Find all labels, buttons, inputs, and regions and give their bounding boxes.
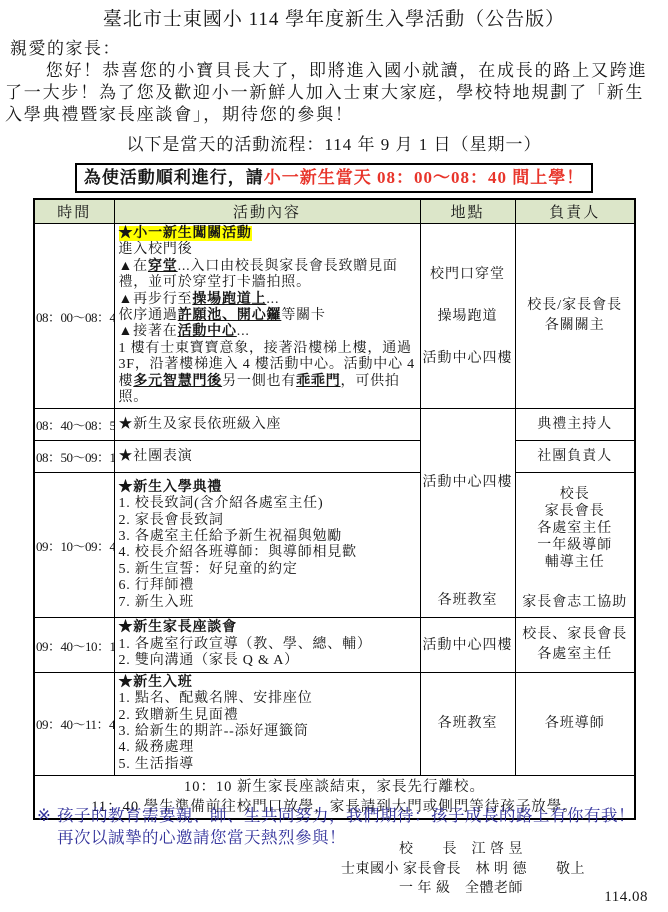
schedule-heading: 以下是當天的活動流程：114 年 9 月 1 日（星期一） [0, 134, 668, 156]
person-cell: 社團負責人 [515, 441, 635, 473]
schedule-table: 時間 活動內容 地點 負責人 08：00～08：40 ★小一新生闖關活動進入校門… [33, 198, 636, 820]
activity-cell: ★新生及家長依班級入座 [114, 409, 420, 441]
time-cell: 09：10～09：40 [34, 473, 114, 618]
location-top: 活動中心四樓 [422, 474, 514, 491]
header-person: 負責人 [515, 199, 635, 224]
greeting-line: 親愛的家長： [10, 38, 668, 60]
table-row: 09：40～10：10 ★新生家長座談會1. 各處室行政宣導（教、學、總、輔）2… [34, 618, 635, 672]
activity-cell: ★新生家長座談會1. 各處室行政宣導（教、學、總、輔）2. 雙向溝通（家長 Q … [114, 618, 420, 672]
reference-mark: ※ [37, 805, 57, 827]
time-cell: 08：40～08：50 [34, 409, 114, 441]
time-cell: 08：50～09：10 [34, 441, 114, 473]
notice-text-black: 為使活動順利進行，請 [84, 168, 264, 187]
doc-date: 114.08 [604, 889, 648, 906]
activity-cell: ★新生入學典禮1. 校長致詞(含介紹各處室主任)2. 家長會長致詞3. 各處室主… [114, 473, 420, 618]
person-bottom: 家長會志工協助 [517, 594, 634, 615]
person-cell: 各班導師 [515, 672, 635, 775]
header-location: 地點 [420, 199, 515, 224]
location-cell: 各班教室 [420, 672, 515, 775]
person-cell: 校長/家長會長各關關主 [515, 224, 635, 409]
document-page: 臺北市士東國小 114 學年度新生入學活動（公告版） 親愛的家長： 您好！恭喜您… [0, 0, 668, 912]
table-row: 08：00～08：40 ★小一新生闖關活動進入校門後▲在穿堂...入口由校長與家… [34, 224, 635, 409]
location-cell: 校門口穿堂操場跑道活動中心四樓 [420, 224, 515, 409]
time-cell: 09：40～10：10 [34, 618, 114, 672]
person-cell: 校長家長會長各處室主任一年級導師輔導主任 家長會志工協助 [515, 473, 635, 618]
activity-cell: ★新生入班1. 點名、配戴名牌、安排座位2. 致贈新生見面禮3. 給新生的期許-… [114, 672, 420, 775]
signature-block: 校 長 江 啓 昱士東國小 家長會長 林 明 德 敬上 一 年 級 全體老師 [341, 840, 585, 899]
notice-wrap: 為使活動順利進行，請小一新生當天 08：00～08：40 間上學！ [0, 163, 668, 193]
table-row: 09：10～09：40 ★新生入學典禮1. 校長致詞(含介紹各處室主任)2. 家… [34, 473, 635, 618]
activity-cell: ★小一新生闖關活動進入校門後▲在穿堂...入口由校長與家長會長致贈見面禮，並可於… [114, 224, 420, 409]
location-cell: 活動中心四樓 [420, 618, 515, 672]
activity-cell: ★社團表演 [114, 441, 420, 473]
notice-box: 為使活動順利進行，請小一新生當天 08：00～08：40 間上學！ [75, 163, 594, 193]
table-row: 08：50～09：10 ★社團表演 社團負責人 [34, 441, 635, 473]
location-bottom: 各班教室 [422, 592, 514, 615]
notice-text-red: 小一新生當天 08：00～08：40 間上學！ [264, 168, 585, 187]
time-cell: 08：00～08：40 [34, 224, 114, 409]
table-row: 09：40～11：40 ★新生入班1. 點名、配戴名牌、安排座位2. 致贈新生見… [34, 672, 635, 775]
time-cell: 09：40～11：40 [34, 672, 114, 775]
header-time: 時間 [34, 199, 114, 224]
table-header-row: 時間 活動內容 地點 負責人 [34, 199, 635, 224]
page-title: 臺北市士東國小 114 學年度新生入學活動（公告版） [0, 0, 668, 32]
location-cell-merged: 活動中心四樓 各班教室 [420, 409, 515, 618]
header-activity: 活動內容 [114, 199, 420, 224]
person-cell: 校長、家長會長各處室主任 [515, 618, 635, 672]
intro-paragraph: 您好！恭喜您的小寶貝長大了，即將進入國小就讀，在成長的路上又跨進了一大步！為了您… [5, 60, 664, 126]
person-list: 校長家長會長各處室主任一年級導師輔導主任 [517, 486, 634, 571]
table-row: 08：40～08：50 ★新生及家長依班級入座 活動中心四樓 各班教室 典禮主持… [34, 409, 635, 441]
person-cell: 典禮主持人 [515, 409, 635, 441]
